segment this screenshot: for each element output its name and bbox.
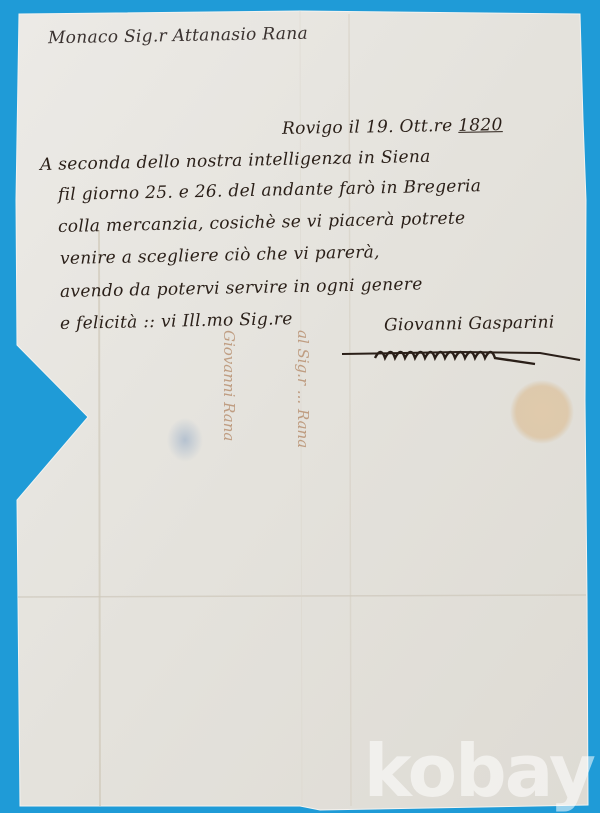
date-year: 1820 (458, 115, 503, 136)
signature: Giovanni Gasparini (384, 313, 555, 336)
signature-flourish-icon (340, 338, 585, 368)
letter-photograph: Monaco Sig.r Attanasio Rana Rovigo il 19… (0, 0, 600, 813)
kobay-watermark: kobay (364, 735, 594, 807)
faded-vertical-note: al Sig.r ... Rana (294, 330, 312, 448)
faded-vertical-note: Giovanni Rana (220, 330, 238, 441)
date-line: Rovigo il 19. Ott.re 1820 (282, 115, 503, 139)
date-place-day: Rovigo il 19. Ott.re (282, 116, 453, 139)
